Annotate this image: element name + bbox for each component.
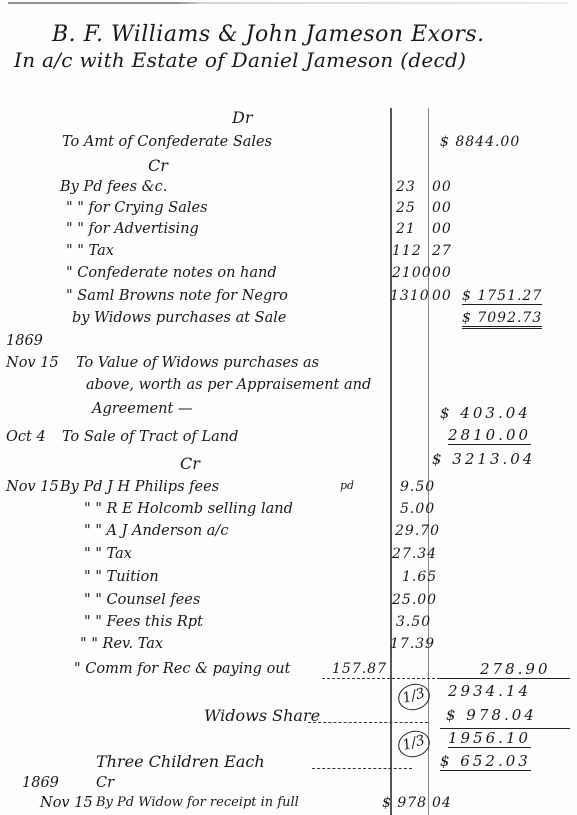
subtotal-amount: $ 1751.27 (462, 289, 542, 305)
item-amount: 29.70 (395, 524, 440, 538)
sum-rule (440, 678, 570, 679)
date-label: Nov 15 (40, 796, 93, 811)
entry-text: To Amt of Confederate Sales (62, 135, 272, 150)
widows-share-label: Widows Share (204, 708, 320, 724)
entry-text: " " Tax (84, 547, 132, 562)
item-amount: 9.50 (400, 480, 435, 494)
debit-heading: Dr (232, 110, 252, 126)
year-label: 1869 (22, 776, 59, 791)
children-label: Three Children Each (96, 754, 265, 770)
column-rule-middle (428, 108, 429, 815)
widow-payment-dollars: $ 978 (382, 796, 427, 810)
entry-cents: 00 (432, 266, 452, 280)
margin-note: pd (340, 480, 354, 491)
remainder-amount: 1956.10 (448, 731, 531, 748)
item-amount: 3.50 (396, 615, 431, 629)
item-amount: 17.39 (390, 637, 435, 651)
widows-share-amount: $ 978.04 (446, 708, 537, 723)
item-amount: 157.87 (332, 662, 387, 676)
credit-heading: Cr (96, 776, 114, 791)
entry-text: " " Tax (66, 244, 114, 259)
leader-line (308, 722, 428, 724)
entry-text: By Pd fees &c. (60, 180, 167, 195)
land-sale-value: 2810.00 (448, 428, 531, 445)
section-total: $ 3213.04 (432, 452, 535, 467)
date-label: Nov 15 (6, 356, 59, 371)
date-label: Nov 15 (6, 480, 59, 495)
entry-cents: 00 (432, 289, 452, 303)
entry-text: above, worth as per Appraisement and (86, 378, 371, 393)
entry-text: " Saml Browns note for Negro (66, 289, 288, 304)
entry-text: " " Fees this Rpt (84, 615, 203, 630)
entry-text: " " Tuition (84, 570, 159, 585)
entry-dollars: 1310 (390, 289, 430, 303)
credit-heading: Cr (148, 158, 168, 174)
entry-text: " Confederate notes on hand (66, 266, 277, 281)
item-amount: 27.34 (392, 547, 437, 561)
year-label: 1869 (6, 334, 43, 349)
entry-dollars: 25 (396, 201, 416, 215)
widow-purchase-value: $ 403.04 (440, 406, 531, 421)
entry-text: " " A J Anderson a/c (84, 524, 228, 539)
item-amount: 25.00 (392, 593, 437, 607)
entry-amount: $ 8844.00 (440, 135, 520, 149)
net-balance: 2934.14 (448, 684, 531, 699)
title-executors: B. F. Williams & John Jameson Exors. (52, 24, 485, 46)
ledger-page: B. F. Williams & John Jameson Exors. In … (0, 0, 577, 815)
item-amount: 1.65 (402, 570, 437, 584)
entry-text: " " for Advertising (66, 222, 199, 237)
entry-text: " Comm for Rec & paying out (74, 662, 290, 677)
widow-payment-cents: 04 (432, 796, 452, 810)
title-estate: In a/c with Estate of Daniel Jameson (de… (14, 50, 466, 70)
entry-cents: 27 (432, 244, 452, 258)
entry-text: To Sale of Tract of Land (62, 430, 238, 445)
entry-text: By Pd J H Philips fees (60, 480, 219, 495)
entry-dollars: 2100 (392, 266, 432, 280)
entry-cents: 00 (432, 201, 452, 215)
children-each-amount: $ 652.03 (440, 754, 531, 771)
entry-dollars: 112 (392, 244, 422, 258)
entry-text: By Pd Widow for receipt in full (96, 796, 299, 809)
entry-text: " " Counsel fees (84, 593, 200, 608)
entry-text: Agreement — (92, 402, 192, 417)
column-rule-left (390, 108, 392, 815)
entry-text: " " R E Holcomb selling land (84, 502, 293, 517)
entry-dollars: 21 (396, 222, 416, 236)
item-amount: 5.00 (400, 502, 435, 516)
entry-cents: 00 (432, 222, 452, 236)
leader-line (312, 768, 412, 770)
entry-text: " " for Crying Sales (66, 201, 208, 216)
entry-cents: 00 (432, 180, 452, 194)
entry-dollars: 23 (396, 180, 416, 194)
date-label: Oct 4 (6, 430, 46, 445)
expenses-subtotal: 278.90 (480, 662, 551, 677)
balance-amount: $ 7092.73 (462, 311, 542, 329)
entry-text: by Widows purchases at Sale (72, 311, 286, 326)
entry-text: To Value of Widows purchases as (76, 356, 319, 371)
entry-text: " " Rev. Tax (80, 637, 163, 652)
top-rule (8, 2, 568, 4)
credit-heading: Cr (180, 456, 200, 472)
